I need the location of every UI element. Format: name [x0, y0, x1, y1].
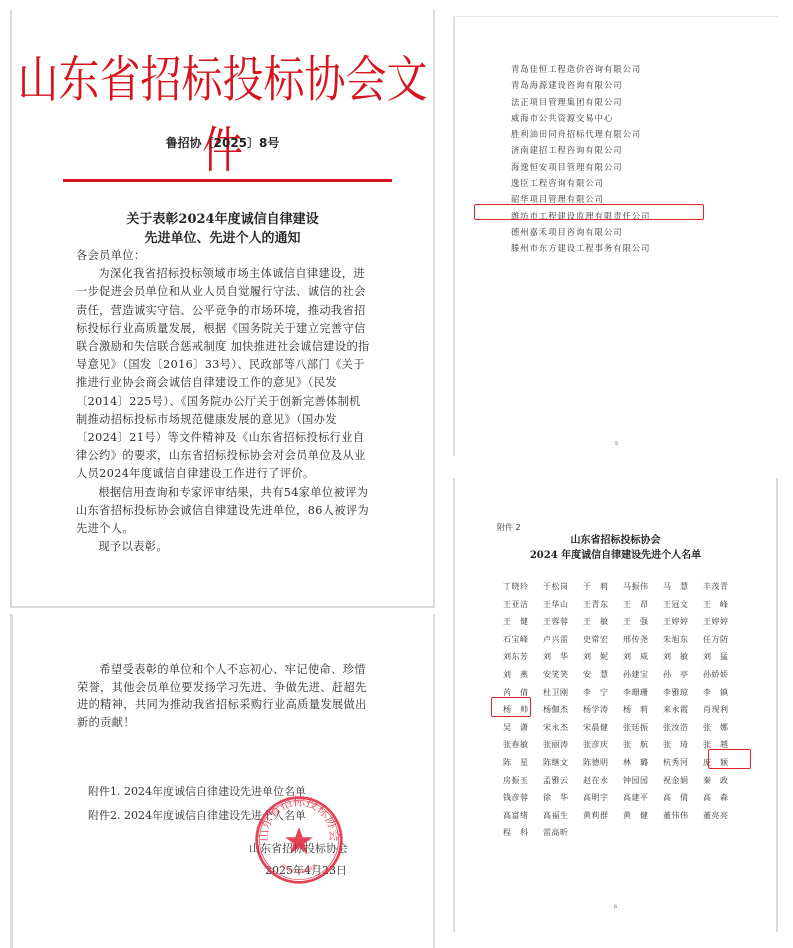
- individual-name: 房振玉: [503, 772, 543, 790]
- individual-name: 王冠文: [663, 596, 703, 614]
- individual-name: 石宝峰: [503, 631, 543, 649]
- individual-name: 刘 猛: [703, 648, 743, 666]
- individual-name: 陈 星: [503, 754, 543, 772]
- individual-name: 董伟伟: [663, 807, 703, 825]
- closing-paragraph-block: 希望受表彰的单位和个人不忘初心、牢记使命、珍惜荣誉，其他会员单位要发扬学习先进、…: [77, 661, 373, 731]
- individual-name: 陈德明: [583, 754, 623, 772]
- individual-name: 高 倩: [663, 789, 703, 807]
- individual-name: 刘 燕: [503, 666, 543, 684]
- individual-name: 高明宇: [583, 789, 623, 807]
- individual-name: 张廷振: [623, 719, 663, 737]
- individual-name: 王 健: [503, 613, 543, 631]
- notice-body: 各会员单位： 为深化我省招标投标领域市场主体诚信自律建设，进一步促进会员单位和从…: [76, 247, 372, 556]
- document-number: 鲁招协〔2025〕8号: [12, 134, 433, 151]
- individual-name: 朱旭东: [663, 631, 703, 649]
- individual-name: 于 莉: [583, 578, 623, 596]
- unit-list-item: 胜利油田同舟招标代理有限公司: [511, 126, 650, 142]
- individual-name: 钟园园: [623, 772, 663, 790]
- notice-title-line1: 关于表彰2024年度诚信自律建设: [12, 210, 433, 229]
- individual-name: 陈继文: [543, 754, 583, 772]
- notice-title-line2: 先进单位、先进个人的通知: [12, 229, 433, 248]
- body-paragraph: 为深化我省招标投标领域市场主体诚信自律建设，进一步促进会员单位和从业人员自觉履行…: [76, 265, 372, 483]
- page-number: 5: [455, 441, 778, 447]
- unit-list-item: 法正项目管理集团有限公司: [511, 94, 650, 110]
- individual-name: 李 宁: [583, 684, 623, 702]
- individual-name: 董亮亮: [703, 807, 743, 825]
- individual-name: 雷高昕: [543, 824, 583, 842]
- continuation-page: 希望受表彰的单位和个人不忘初心、牢记使命、珍惜荣誉，其他会员单位要发扬学习先进、…: [10, 614, 435, 948]
- svg-text:37010237880425: 37010237880425: [279, 863, 319, 875]
- individual-name: 任方防: [703, 631, 743, 649]
- individual-name: 肖现利: [703, 701, 743, 719]
- attachment-title-line2: 2024 年度诚信自律建设先进个人名单: [455, 548, 776, 563]
- individual-name: 黄 健: [623, 807, 663, 825]
- individual-name: 李珊珊: [623, 684, 663, 702]
- highlighted-name-box: [708, 749, 751, 769]
- attachment-title: 山东省招标投标协会 2024 年度诚信自律建设先进个人名单: [455, 533, 776, 563]
- individual-name: 王 峰: [703, 596, 743, 614]
- individual-name: 张彦庆: [583, 736, 623, 754]
- individual-name: 邢传尧: [623, 631, 663, 649]
- individual-name: 于松岗: [543, 578, 583, 596]
- unit-list-item: 青岛海源建设咨询有限公司: [511, 77, 650, 93]
- closing-paragraph: 希望受表彰的单位和个人不忘初心、牢记使命、珍惜荣誉，其他会员单位要发扬学习先进、…: [77, 661, 373, 731]
- individual-name: 王亚洁: [503, 596, 543, 614]
- body-paragraph: 现予以表彰。: [76, 538, 372, 556]
- individual-name: 来永霞: [663, 701, 703, 719]
- individual-name: 王青东: [583, 596, 623, 614]
- unit-list-item: 逸臣工程咨询有限公司: [511, 175, 650, 191]
- individual-name: 孙娇娇: [703, 666, 743, 684]
- header-divider: [63, 179, 392, 182]
- individual-name: 安 慧: [583, 666, 623, 684]
- individual-name: 程 科: [503, 824, 543, 842]
- unit-list-item: 德州嘉禾项目咨询有限公司: [511, 224, 650, 240]
- unit-list-item: 济南建招工程咨询有限公司: [511, 142, 650, 158]
- individual-name: 吴 潇: [503, 719, 543, 737]
- individual-name: 张汝浩: [663, 719, 703, 737]
- document-header-title: 山东省招标投标协会文件: [12, 40, 433, 182]
- notice-page: 山东省招标投标协会文件 鲁招协〔2025〕8号 关于表彰2024年度诚信自律建设…: [10, 10, 435, 608]
- individual-name: 杨学涛: [583, 701, 623, 719]
- individual-name: 孙建宝: [623, 666, 663, 684]
- advanced-unit-list: 青岛佳恒工程造价咨询有限公司青岛海源建设咨询有限公司法正项目管理集团有限公司威海…: [511, 61, 650, 257]
- individual-name: 王 敏: [583, 613, 623, 631]
- individual-name: 张丽涛: [543, 736, 583, 754]
- individual-name: 王 昂: [623, 596, 663, 614]
- unit-list-item: 青岛佳恒工程造价咨询有限公司: [511, 61, 650, 77]
- individual-name: 赵在永: [583, 772, 623, 790]
- unit-list-item: 威海市公共资源交易中心: [511, 110, 650, 126]
- individual-name: 祝金娟: [663, 772, 703, 790]
- unit-list-item: 海逸恒安项目管理有限公司: [511, 159, 650, 175]
- unit-list-item: 滕州市东方建设工程事务有限公司: [511, 240, 650, 256]
- individual-name: 王婷婷: [703, 613, 743, 631]
- attachment-title-line1: 山东省招标投标协会: [455, 533, 776, 548]
- individual-name: 孙 亭: [663, 666, 703, 684]
- body-paragraph: 根据信用查询和专家评审结果，共有54家单位被评为山东省招标投标协会诚信自律建设先…: [76, 484, 372, 539]
- individual-name: 孟雅云: [543, 772, 583, 790]
- individual-name: 张 航: [623, 736, 663, 754]
- individual-name: 马振伟: [623, 578, 663, 596]
- individual-name: 王华山: [543, 596, 583, 614]
- individual-name: 宋永杰: [543, 719, 583, 737]
- individual-name: 马 慧: [663, 578, 703, 596]
- salutation: 各会员单位：: [76, 247, 372, 265]
- individual-name: 李 镇: [703, 684, 743, 702]
- unit-list-page: 青岛佳恒工程造价咨询有限公司青岛海源建设咨询有限公司法正项目管理集团有限公司威海…: [453, 16, 778, 456]
- highlighted-unit-box: [474, 204, 704, 220]
- individual-name: 高建平: [623, 789, 663, 807]
- individual-name: 刘 华: [543, 648, 583, 666]
- official-seal-icon: 山东省招标投标协会 37010237880425: [253, 794, 345, 886]
- individual-name: 高富绪: [503, 807, 543, 825]
- individual-name: 钱彦蓉: [503, 789, 543, 807]
- individual-name: 刘 威: [623, 648, 663, 666]
- individual-name: 杭秀河: [663, 754, 703, 772]
- individual-name: 宋晨健: [583, 719, 623, 737]
- individual-name: 杨 莉: [623, 701, 663, 719]
- individual-name: 丰茂青: [703, 578, 743, 596]
- individual-name: 高 森: [703, 789, 743, 807]
- attachment2-page: 附件 2 山东省招标投标协会 2024 年度诚信自律建设先进个人名单 丁晓玲于松…: [453, 478, 778, 932]
- individual-name: 林 璐: [623, 754, 663, 772]
- highlighted-name-box: [491, 697, 531, 717]
- attachment-label: 附件 2: [497, 522, 521, 533]
- individual-name: 丁晓玲: [503, 578, 543, 596]
- individual-name: 刘 妮: [583, 648, 623, 666]
- individual-name: 刘 敏: [663, 648, 703, 666]
- individual-name: 王蓉蓉: [543, 613, 583, 631]
- individual-name: 安笑笑: [543, 666, 583, 684]
- individual-name: 徐 华: [543, 789, 583, 807]
- advanced-individual-grid: 丁晓玲于松岗于 莉马振伟马 慧丰茂青王亚洁王华山王青东王 昂王冠文王 峰王 健王…: [503, 578, 743, 842]
- individual-name: 杜卫刚: [543, 684, 583, 702]
- notice-title: 关于表彰2024年度诚信自律建设 先进单位、先进个人的通知: [12, 210, 433, 248]
- individual-name: 张春敏: [503, 736, 543, 754]
- page-number: 6: [455, 904, 776, 910]
- individual-name: 王 强: [623, 613, 663, 631]
- individual-name: 刘东芳: [503, 648, 543, 666]
- individual-name: 张 琦: [663, 736, 703, 754]
- individual-name: 秦 政: [703, 772, 743, 790]
- individual-name: 李雅琼: [663, 684, 703, 702]
- individual-name: 杨伽杰: [543, 701, 583, 719]
- individual-name: 卢兴雷: [543, 631, 583, 649]
- individual-name: 史常宏: [583, 631, 623, 649]
- individual-name: 张 娜: [703, 719, 743, 737]
- individual-name: 王婷婷: [663, 613, 703, 631]
- individual-name: 高福生: [543, 807, 583, 825]
- individual-name: 黄莉群: [583, 807, 623, 825]
